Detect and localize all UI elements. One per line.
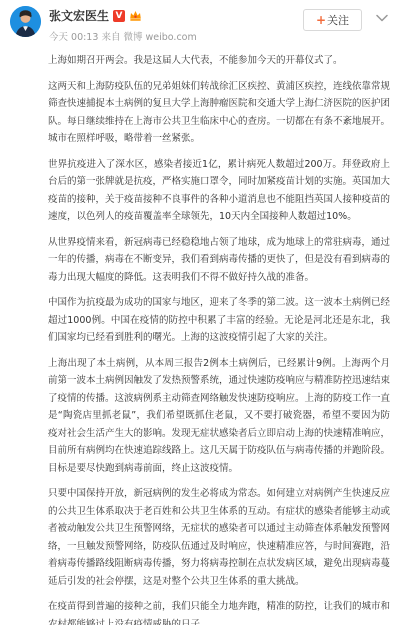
chevron-down-icon[interactable]	[376, 14, 388, 22]
plus-icon: +	[316, 14, 326, 26]
post-paragraph: 在疫苗得到普遍的接种之前，我们只能全力地奔跑，精准的防控，让我们的城市和农村都能…	[48, 598, 390, 625]
post-meta: 今天 00:13 来自 微博 weibo.com	[49, 29, 303, 43]
follow-button-label: 关注	[327, 15, 349, 26]
post-paragraph: 世界抗疫进入了深水区，感染者接近1亿，累计病死人数超过200万。拜登政府上台后的…	[48, 156, 390, 226]
name-row: 张文宏医生 V	[49, 7, 303, 24]
post-paragraph: 从世界疫情来看，新冠病毒已经稳稳地占领了地球，成为地球上的常驻病毒，通过一年的传…	[48, 234, 390, 287]
post-timestamp: 今天 00:13	[49, 32, 98, 43]
post-paragraph: 上海出现了本土病例，从本周三报告2例本土病例后，已经累计9例。上海两个月前第一波…	[48, 355, 390, 478]
user-avatar[interactable]	[10, 6, 41, 37]
post-source-link[interactable]: 微博 weibo.com	[123, 32, 196, 43]
post-paragraph: 这两天和上海防疫队伍的兄弟姐妹们转战徐汇区疾控、黄浦区疾控，连线依靠常规筛查快速…	[48, 78, 390, 148]
post-paragraph: 中国作为抗疫最为成功的国家与地区，迎来了冬季的第二波。这一波本土病例已经超过10…	[48, 294, 390, 347]
verified-v-icon: V	[113, 10, 125, 22]
follow-button[interactable]: + 关注	[303, 9, 362, 31]
post-body: 上海如期召开两会。我是这届人大代表，不能参加今天的开幕仪式了。 这两天和上海防疫…	[48, 52, 390, 625]
post-header: 张文宏医生 V 今天 00:13 来自 微博 weibo.com + 关注	[0, 0, 400, 43]
weibo-post-page: 张文宏医生 V 今天 00:13 来自 微博 weibo.com + 关注	[0, 0, 400, 625]
user-info-block: 张文宏医生 V 今天 00:13 来自 微博 weibo.com	[49, 6, 303, 43]
avatar-image	[10, 6, 41, 37]
username[interactable]: 张文宏医生	[49, 7, 109, 24]
post-paragraph: 只要中国保持开放，新冠病例的发生必将成为常态。如何建立对病例产生快速反应的公共卫…	[48, 485, 390, 590]
post-paragraph: 上海如期召开两会。我是这届人大代表，不能参加今天的开幕仪式了。	[48, 52, 390, 70]
vip-crown-icon	[129, 10, 142, 21]
source-prefix: 来自	[101, 32, 120, 43]
